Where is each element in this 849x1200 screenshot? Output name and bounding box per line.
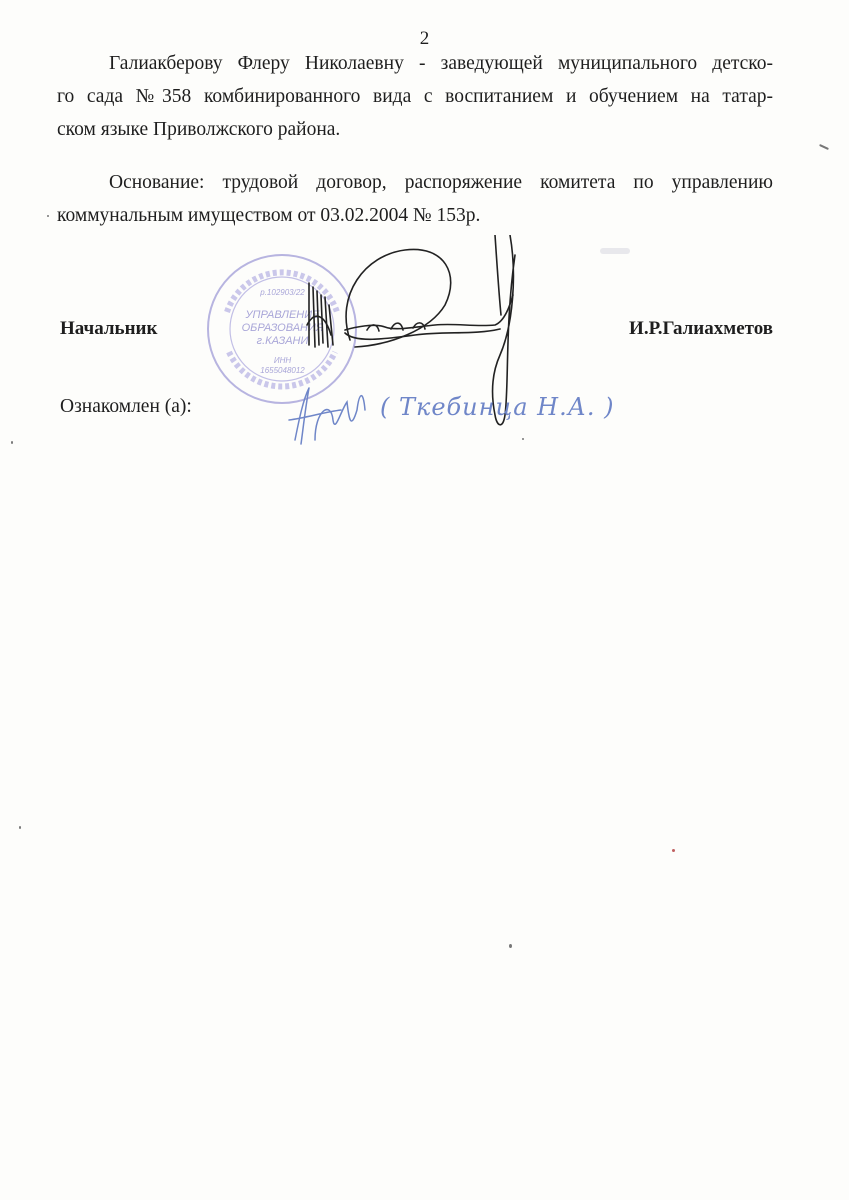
paragraph-line: Основание: трудовой договор, распоряжени… xyxy=(57,166,773,199)
paragraph-line: ском языке Приволжского района. xyxy=(57,113,773,146)
paragraph-line: го сада №358 комбинированного вида с вос… xyxy=(57,80,773,113)
paragraph-line: Галиакберову Флеру Николаевну - заведующ… xyxy=(57,47,773,80)
scan-speck xyxy=(11,441,13,444)
basis-paragraph: Основание: трудовой договор, распоряжени… xyxy=(57,166,773,232)
acknowledgement-label: Ознакомлен (а): xyxy=(60,396,192,418)
scan-speck xyxy=(522,438,524,440)
appointment-paragraph: Галиакберову Флеру Николаевну - заведующ… xyxy=(57,47,773,146)
scan-speck xyxy=(819,144,829,150)
scan-speck xyxy=(509,944,512,948)
scan-speck xyxy=(672,849,675,852)
scan-speck xyxy=(47,215,49,217)
scan-speck xyxy=(600,248,630,254)
paragraph-line: коммунальным имуществом от 03.02.2004 № … xyxy=(57,199,773,232)
scan-speck xyxy=(19,826,21,829)
signatory-title: Начальник xyxy=(60,318,157,340)
signatory-name: И.Р.Галиахметов xyxy=(629,318,773,340)
acknowledgement-handwritten-name: ( Ткебинца Н.А. ) xyxy=(380,393,615,421)
